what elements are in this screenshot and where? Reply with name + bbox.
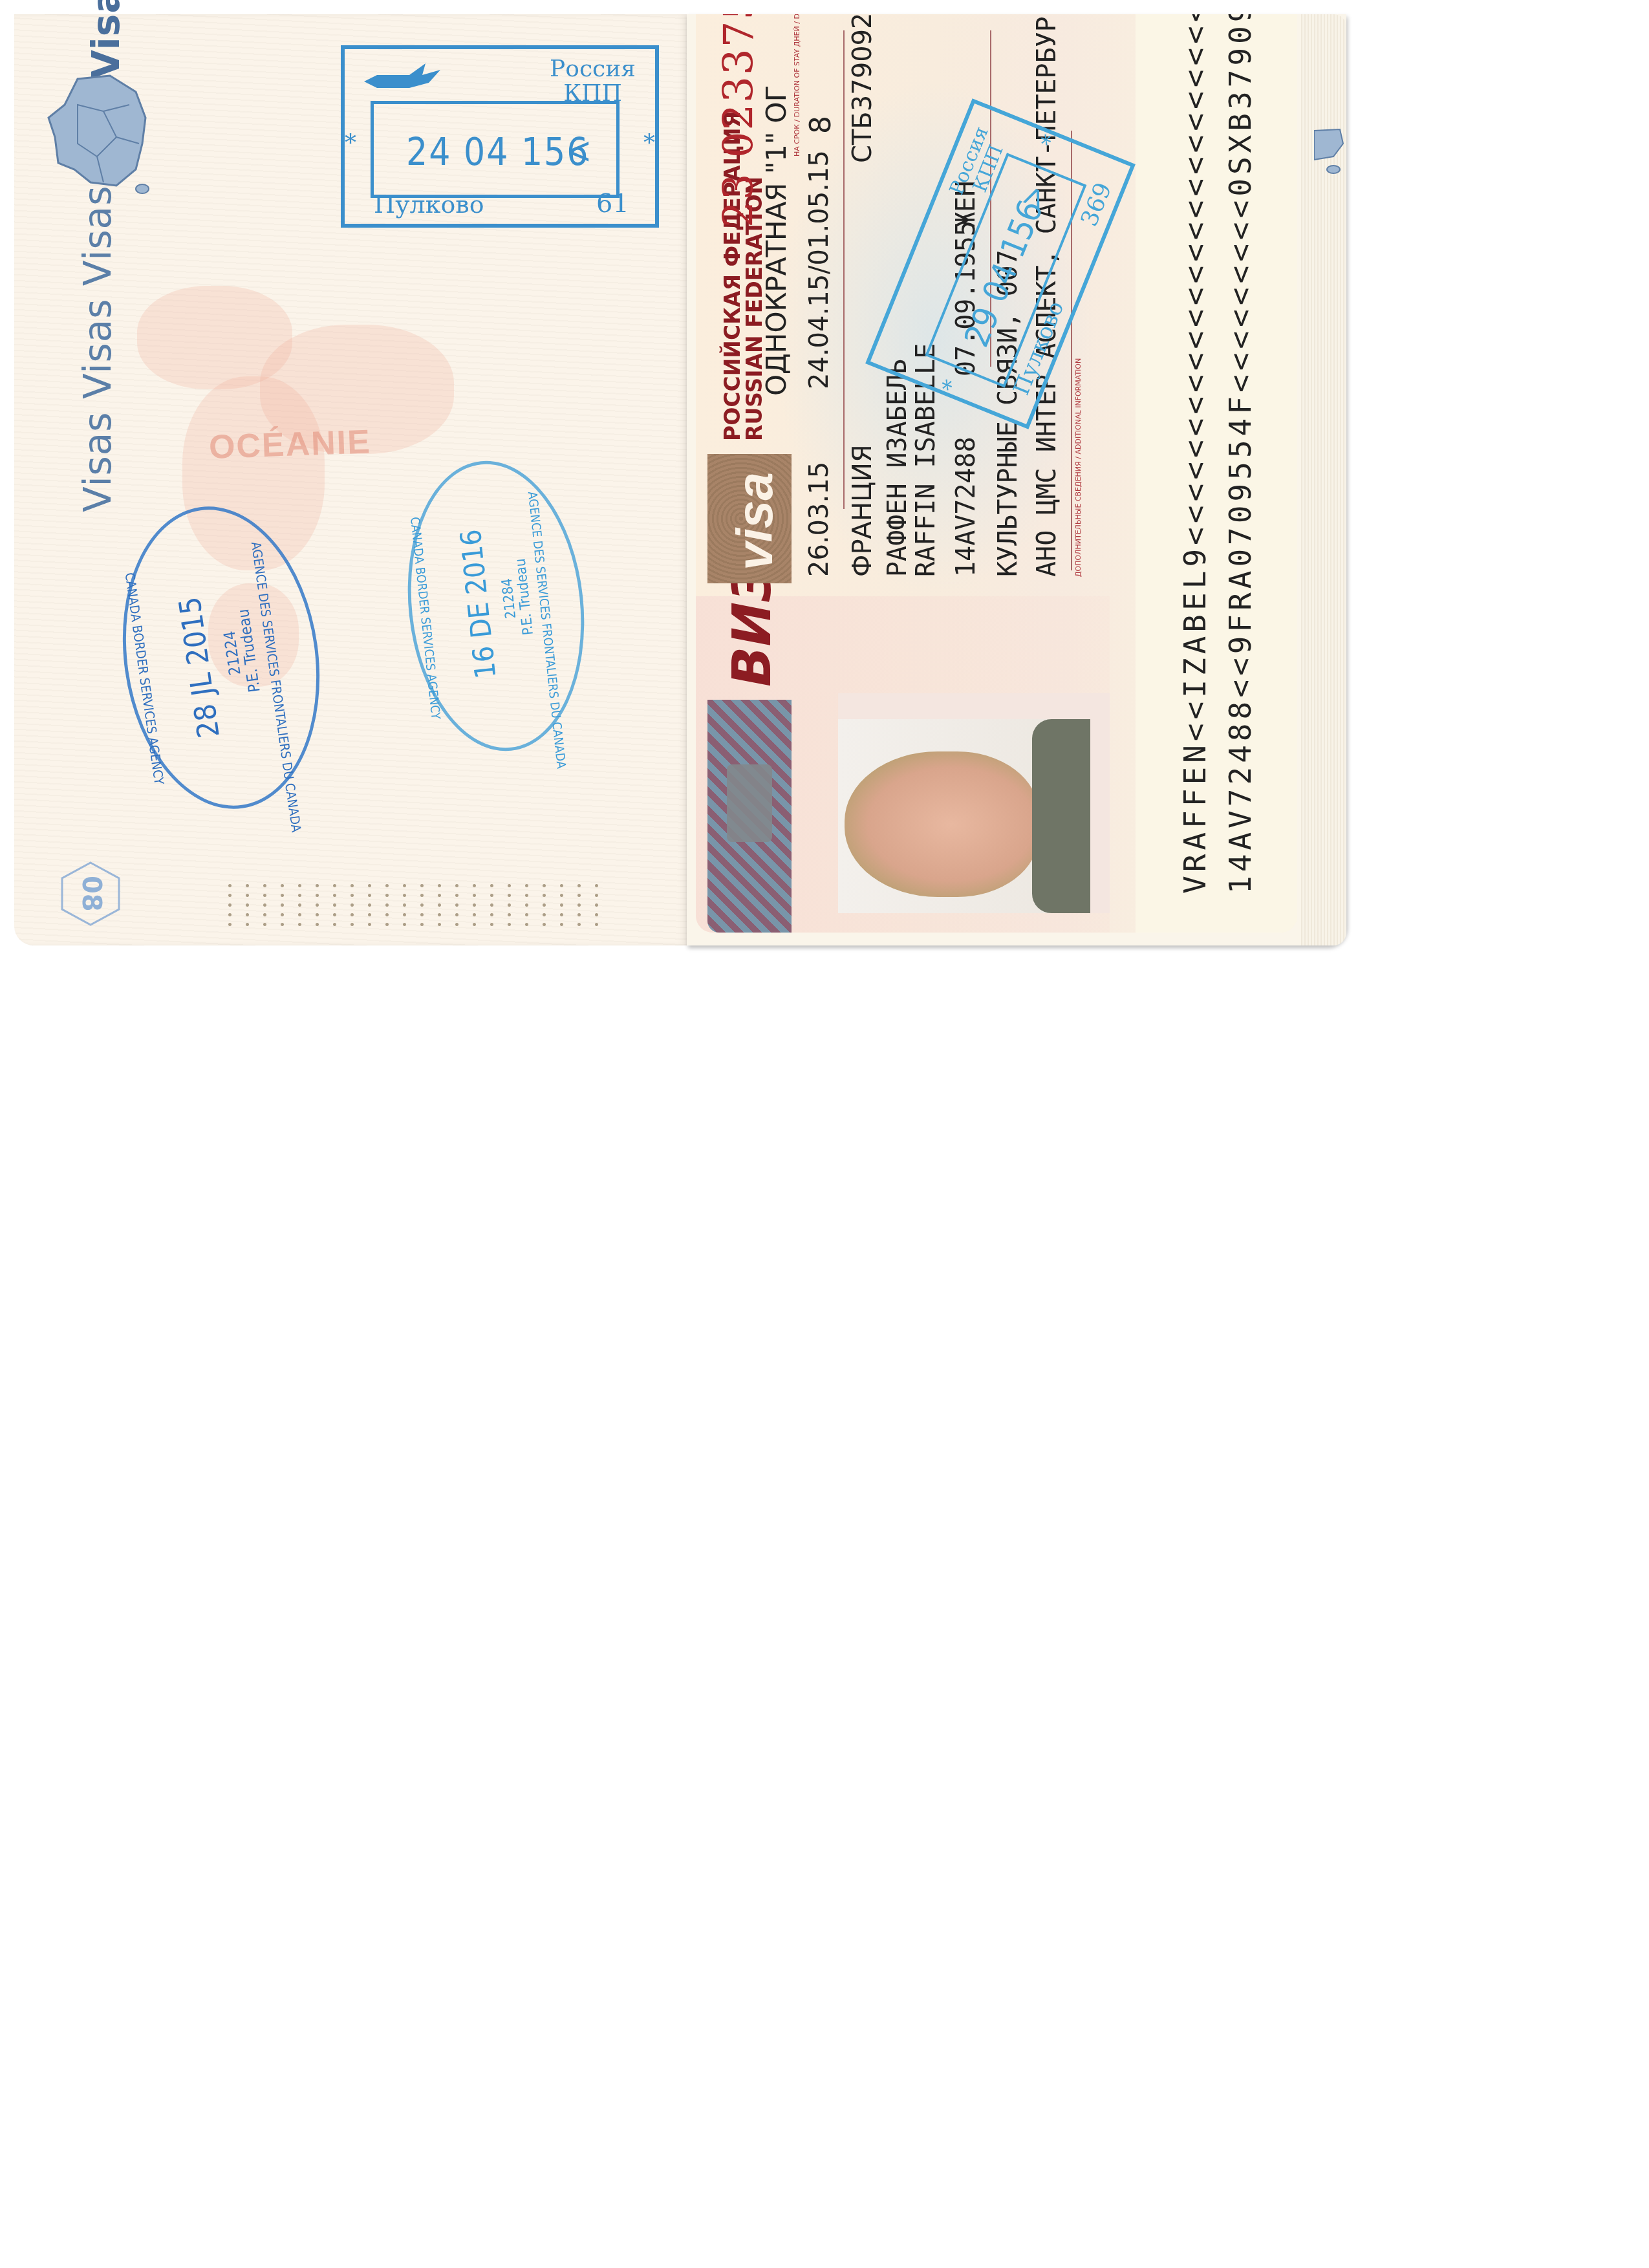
right-visa-page: ВИЗА visa РОССИЙСКАЯ ФЕДЕРАЦИЯ RUSSIAN F… xyxy=(687,14,1346,945)
stamp-outer-en: CANADA BORDER SERVICES AGENCY xyxy=(122,572,167,786)
page-number: 08 xyxy=(76,876,106,912)
visa-number: 0233759 xyxy=(715,14,763,158)
cbsa-stamp-2016: 16 DE 2016 21284 P.E. Trudeau AGENCE DES… xyxy=(394,452,598,760)
stamp-star: * xyxy=(1036,131,1064,151)
stamp-direction: < xyxy=(568,129,590,173)
visa-validity: 24.04.15/01.05.15 xyxy=(804,150,834,389)
page-number-badge: 08 xyxy=(61,861,120,926)
stamp-airport: Пулково xyxy=(374,190,484,219)
stamp-date-box: 24 04 156 < xyxy=(371,101,620,198)
coat-of-arms-icon xyxy=(727,764,772,842)
perforated-passport-number xyxy=(221,881,609,926)
visa-serial: 23 0233759 xyxy=(715,14,763,228)
visa-category: ОДНОКРАТНАЯ "1" ОГ xyxy=(760,85,792,396)
visas-label: Visas xyxy=(76,299,120,400)
mrz-line-1: VRAFFEN<<IZABEL9<<<<<<<<<<<<<<<<<<<<<<<<… xyxy=(1178,14,1212,894)
stamp-star: * xyxy=(345,130,356,157)
visa-series: 23 xyxy=(715,173,763,228)
visas-header: Visas Visas Visas xyxy=(76,186,120,512)
additional-info-label: ДОПОЛНИТЕЛЬНЫЕ СВЕДЕНИЯ / ADDITIONAL INF… xyxy=(1074,358,1083,577)
hologram xyxy=(707,700,792,933)
visas-label: Visas xyxy=(76,412,120,513)
visas-label: Visas xyxy=(76,186,120,286)
stamp-date: 16 DE 2016 xyxy=(455,528,503,680)
visa-citizenship: ФРАНЦИЯ xyxy=(848,444,878,577)
stamp-star: * xyxy=(643,130,655,157)
duration-label: НА СРОК / DURATION OF STAY ДНЕЙ / DAYS xyxy=(793,14,801,157)
mrz-line-2: 14AV72488<<9FRA0709554F<<<<<<<<<0SXB3790… xyxy=(1223,14,1258,894)
visa-logo: visa xyxy=(707,454,792,583)
visa-duration: 8 xyxy=(804,116,837,134)
france-map-fragment-icon xyxy=(1314,124,1346,189)
passport-spread: Visas Visas Visas Visas OCÉANIE Россия К… xyxy=(14,14,1346,945)
stamp-date: 24 04 156 xyxy=(406,130,589,174)
stamp-officer: 21224 P.E. Trudeau xyxy=(218,608,263,696)
mrz-zone xyxy=(1136,14,1297,933)
holder-photo-frame xyxy=(838,693,1110,913)
france-map-icon xyxy=(39,66,155,195)
shoulders-image xyxy=(1032,719,1090,913)
passport-number: 14AV72488 xyxy=(951,437,981,577)
stamp-star: * xyxy=(937,376,965,396)
russia-entry-stamp: Россия КПП * * 24 04 156 < Пулково 61 xyxy=(341,45,659,228)
face-image xyxy=(845,751,1039,897)
left-visa-page: Visas Visas Visas Visas OCÉANIE Россия К… xyxy=(14,14,687,945)
stamp-number: 61 xyxy=(596,189,629,219)
russian-visa-sticker: ВИЗА visa РОССИЙСКАЯ ФЕДЕРАЦИЯ RUSSIAN F… xyxy=(696,14,1297,933)
stamp-outer-en: CANADA BORDER SERVICES AGENCY xyxy=(407,516,443,720)
visa-id: СТБ379092 xyxy=(848,14,878,163)
visa-title-en: visa xyxy=(726,472,784,570)
divider-line xyxy=(843,30,845,509)
stamp-country: Россия xyxy=(550,57,636,81)
stamp-officer: 21284 P.E. Trudeau xyxy=(498,557,537,637)
map-region-label: OCÉANIE xyxy=(208,422,372,467)
visa-issue-date: 26.03.15 xyxy=(804,462,834,577)
airplane-icon xyxy=(364,63,442,96)
holder-photo xyxy=(838,719,1090,913)
